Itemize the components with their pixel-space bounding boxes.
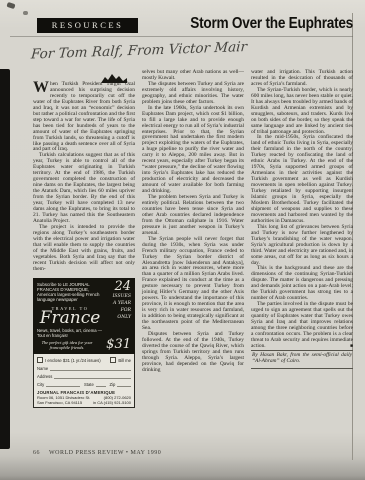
coupon-zip-field: Zip [110,382,132,387]
article-paragraph: When Turkish President Turgut Ozal annou… [33,82,135,153]
ad-term-line: A YEAR [104,300,131,307]
publisher-phone-2: in CA (415) 921-5100 [93,400,131,405]
city-blank-line [46,383,80,387]
ad-order-coupon: I enclose $31 (1 yr./24 issues) Bill me … [33,354,135,408]
coupon-options-row: I enclose $31 (1 yr./24 issues) Bill me [37,357,131,363]
france-wordmark: France [37,311,103,326]
article-columns: When Turkish President Turgut Ozal annou… [33,70,353,408]
article-column-3: water and irrigation. This Turkish actio… [251,70,353,408]
coupon-option-enclose: I enclose $31 (1 yr./24 issues) [37,357,101,363]
coupon-option-billme: Bill me [110,357,131,363]
paragraph-text: The parties involved in the dispute must… [251,301,353,349]
article-end-mark: ■ [344,344,353,350]
coupon-city-field: City [37,382,80,387]
name-label: Name [37,366,48,371]
name-blank-line [50,367,131,371]
publisher-contact-row: San Francisco, CA 94115 in CA (415) 921-… [37,400,131,405]
drop-cap: W [33,82,50,95]
article-paragraph: The disputes between Turkey and Syria ar… [142,82,244,106]
coupon-city-state-zip-row: City State Zip [37,379,131,387]
article-paragraph: In the mid-1950s, Syria confiscated the … [251,135,353,224]
ad-display-area: Subscribe to LE JOURNAL FRANCAIS D’AMERI… [33,278,135,354]
ad-term-line: ISSUES [104,293,131,300]
ad-issues-count: 24 [104,281,131,293]
article-paragraph: Disputes between Syria and Turkey follow… [142,332,244,374]
page-binding-edge [0,69,10,449]
handwritten-note: For Tom Ralf, From Victor Mair [31,37,292,62]
page-number: 66 [33,450,40,456]
scan-artifact-mark [23,11,28,15]
ad-term-line: ONLY [104,314,131,321]
article-paragraph: The Syrian-Turkish border, which is near… [251,88,353,136]
state-label: State [84,382,94,387]
header-divider [10,36,353,37]
article-paragraph: water and irrigation. This Turkish actio… [251,70,353,88]
coupon-name-field: Name [37,366,131,371]
article-column-2: selves but many other Arab nations as we… [142,70,244,408]
article-paragraph: In the late 1960s, Syria undertook its o… [142,106,244,195]
scanned-magazine-page: RESOURCES Storm Over the Euphrates For T… [0,0,365,480]
ad-left-column: Subscribe to LE JOURNAL FRANCAIS D’AMERI… [37,282,103,351]
city-label: City [37,382,44,387]
ad-price: $31 [106,337,131,352]
coupon-option-enclose-label: I enclose $31 (1 yr./24 issues) [45,358,101,363]
issue-line: WORLD PRESS REVIEW • MAY 1990 [49,450,161,456]
subscription-ad: Subscribe to LE JOURNAL FRANCAIS D’AMERI… [33,278,135,408]
article-paragraph: Turkish calculations suggest that as of … [33,153,135,224]
scan-artifact-mark [6,2,15,9]
checkbox-icon [37,357,43,363]
address-label: Address [37,374,52,379]
article-column-1: When Turkish President Turgut Ozal annou… [33,70,135,408]
coupon-state-field: State [84,382,106,387]
ad-gift-line: The perfect gift idea for your francophi… [37,340,97,351]
article-paragraph: The Syrian people will never forget that… [142,237,244,332]
ad-subscribe-text: Subscribe to LE JOURNAL FRANCAIS D’AMERI… [37,282,103,303]
article-paragraph: This is the background and these are the… [251,266,353,302]
section-label: RESOURCES [37,18,138,33]
article-byline: By Hasan Bakr, from the semi-official da… [251,350,353,369]
checkbox-icon [110,357,116,363]
article-paragraph: The parties involved in the dispute must… [251,302,353,350]
ad-right-column: 24 ISSUES A YEAR FOR ONLY [104,281,131,322]
state-blank-line [96,383,106,387]
coupon-option-billme-label: Bill me [118,358,131,363]
page-title: Storm Over the Euphrates [174,15,353,33]
coupon-address-field: Address [37,374,131,379]
page-footer: 66WORLD PRESS REVIEW • MAY 1990 [33,450,161,456]
article-paragraph: This long list of grievances between Syr… [251,225,353,267]
article-paragraph: The problem between Syria and Turkey is … [142,195,244,237]
publisher-address-2: San Francisco, CA 94115 [37,400,82,405]
article-paragraph: The project is intended to provide the r… [33,225,135,273]
zip-label: Zip [110,382,116,387]
zip-blank-line [117,383,131,387]
ad-term-line: FOR [104,307,131,314]
address-blank-line [54,375,131,379]
ad-tagline: News, travel, books, art, cinema — Tout … [37,328,103,338]
